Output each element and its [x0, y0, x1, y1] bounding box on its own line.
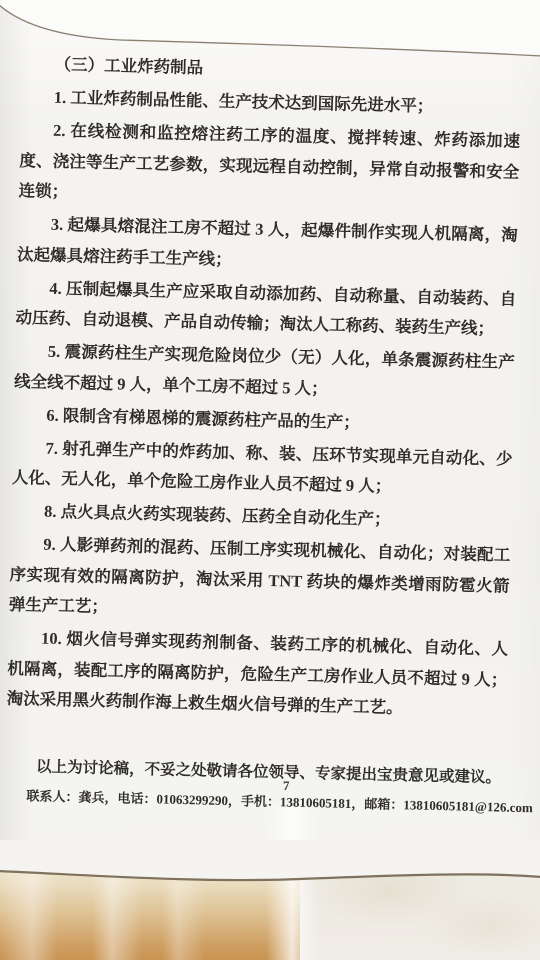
doc-paragraph-4: 4. 压制起爆具生产应采取自动添加药、自动称量、自动装药、自动压药、自动退模、产…	[15, 272, 516, 345]
doc-paragraph-5: 5. 震源药柱生产实现危险岗位少（无）人化，单条震源药柱生产线全线不超过 9 人…	[14, 336, 515, 409]
document-photo: （三）工业炸药制品 1. 工业炸药制品性能、生产技术达到国际先进水平； 2. 在…	[0, 0, 540, 960]
doc-paragraph-9: 9. 人影弹药剂的混药、压制工序实现机械化、自动化；对装配工序实现有效的隔离防护…	[9, 529, 511, 632]
doc-paragraph-7: 7. 射孔弹生产中的炸药加、称、装、压环节实现单元自动化、少人化、无人化，单个危…	[12, 432, 513, 505]
doc-paragraph-10: 10. 烟火信号弹实现药剂制备、装药工序的机械化、自动化、人机隔离，装配工序的隔…	[6, 623, 508, 726]
doc-paragraph-3: 3. 起爆具熔混注工房不超过 3 人，起爆件制作实现人机隔离，淘汰起爆具熔注药手…	[17, 209, 518, 282]
doc-paragraph-2: 2. 在线检测和监控熔注药工序的温度、搅拌转速、炸药添加速度、浇注等生产工艺参数…	[18, 115, 520, 218]
light-reflection-band	[266, 806, 318, 960]
page-number: 7	[283, 778, 290, 794]
desk-highlight-streaks	[0, 860, 310, 960]
desk-surface-right	[300, 860, 540, 960]
document-content: （三）工业炸药制品 1. 工业炸药制品性能、生产技术达到国际先进水平； 2. 在…	[4, 49, 522, 823]
